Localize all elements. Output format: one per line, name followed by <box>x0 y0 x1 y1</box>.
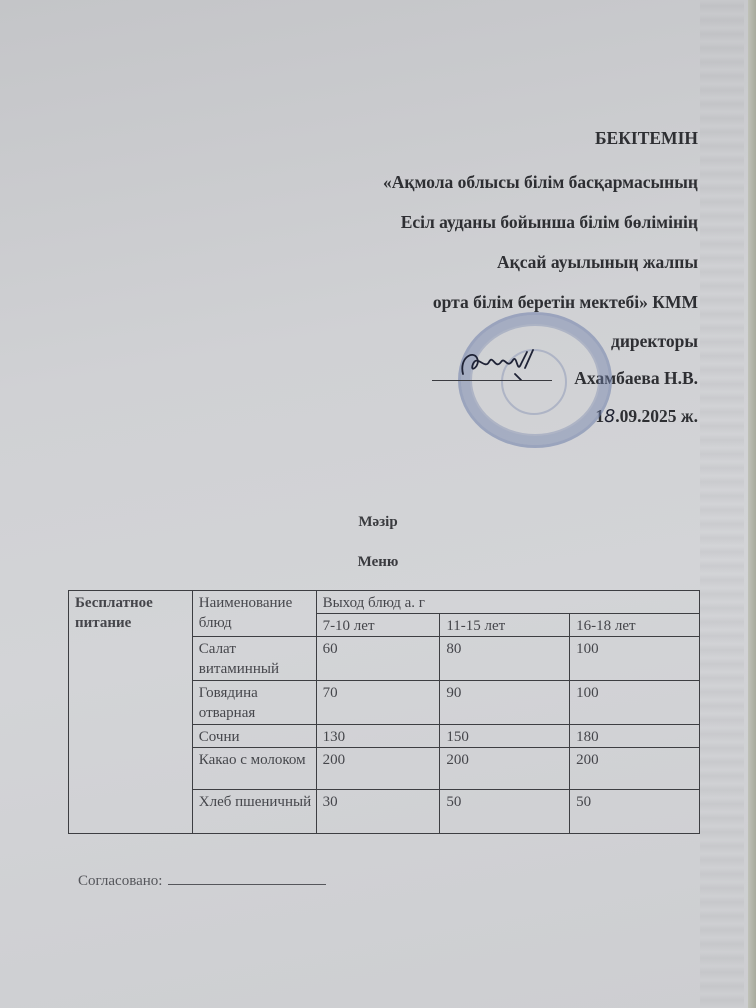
approval-line-4: орта білім беретін мектебі» КММ <box>433 292 698 313</box>
approval-date: 18.09.2025 ж. <box>595 406 698 427</box>
date-suffix: .09.2025 ж. <box>615 406 698 426</box>
approval-line-3: Ақсай ауылының жалпы <box>497 252 698 273</box>
portion-value: 70 <box>316 681 440 725</box>
category-cell: Бесплатное питание <box>69 591 193 834</box>
portion-value: 100 <box>570 681 700 725</box>
portion-value: 100 <box>570 637 700 681</box>
title-kazakh: Мәзір <box>0 514 756 531</box>
agreed-signature-blank <box>168 872 326 885</box>
approval-heading: БЕКІТЕМІН <box>595 128 698 149</box>
portion-value: 60 <box>316 637 440 681</box>
dish-name: Салат витаминный <box>192 637 316 681</box>
portion-value: 200 <box>440 748 570 790</box>
age-group-header: 7-10 лет <box>316 614 440 637</box>
agreed-field: Согласовано: <box>78 872 326 890</box>
portion-value: 200 <box>570 748 700 790</box>
document-page <box>0 0 748 1008</box>
signature-line <box>432 380 552 381</box>
portion-value: 50 <box>440 790 570 834</box>
output-header: Выход блюд а. г <box>316 591 699 614</box>
portion-value: 150 <box>440 725 570 748</box>
approval-position: директоры <box>611 331 698 352</box>
dish-name: Сочни <box>192 725 316 748</box>
dish-name: Говядина отварная <box>192 681 316 725</box>
portion-value: 90 <box>440 681 570 725</box>
approval-line-1: «Ақмола облысы білім басқармасының <box>383 172 698 193</box>
scan-speckle <box>700 0 744 1008</box>
dish-name: Хлеб пшеничный <box>192 790 316 834</box>
name-header: Наименование блюд <box>192 591 316 637</box>
portion-value: 50 <box>570 790 700 834</box>
agreed-label: Согласовано: <box>78 873 162 889</box>
age-group-header: 11-15 лет <box>440 614 570 637</box>
date-handwritten-digit: 8 <box>604 407 615 427</box>
age-group-header: 16-18 лет <box>570 614 700 637</box>
portion-value: 130 <box>316 725 440 748</box>
menu-table: Бесплатное питание Наименование блюд Вых… <box>68 590 700 834</box>
portion-value: 200 <box>316 748 440 790</box>
page-edge <box>748 0 756 1008</box>
approval-line-2: Есіл ауданы бойынша білім бөлімінің <box>401 212 698 233</box>
portion-value: 80 <box>440 637 570 681</box>
portion-value: 180 <box>570 725 700 748</box>
dish-name: Какао с молоком <box>192 748 316 790</box>
table-header-row: Бесплатное питание Наименование блюд Вых… <box>69 591 700 614</box>
title-russian: Меню <box>0 554 756 571</box>
portion-value: 30 <box>316 790 440 834</box>
